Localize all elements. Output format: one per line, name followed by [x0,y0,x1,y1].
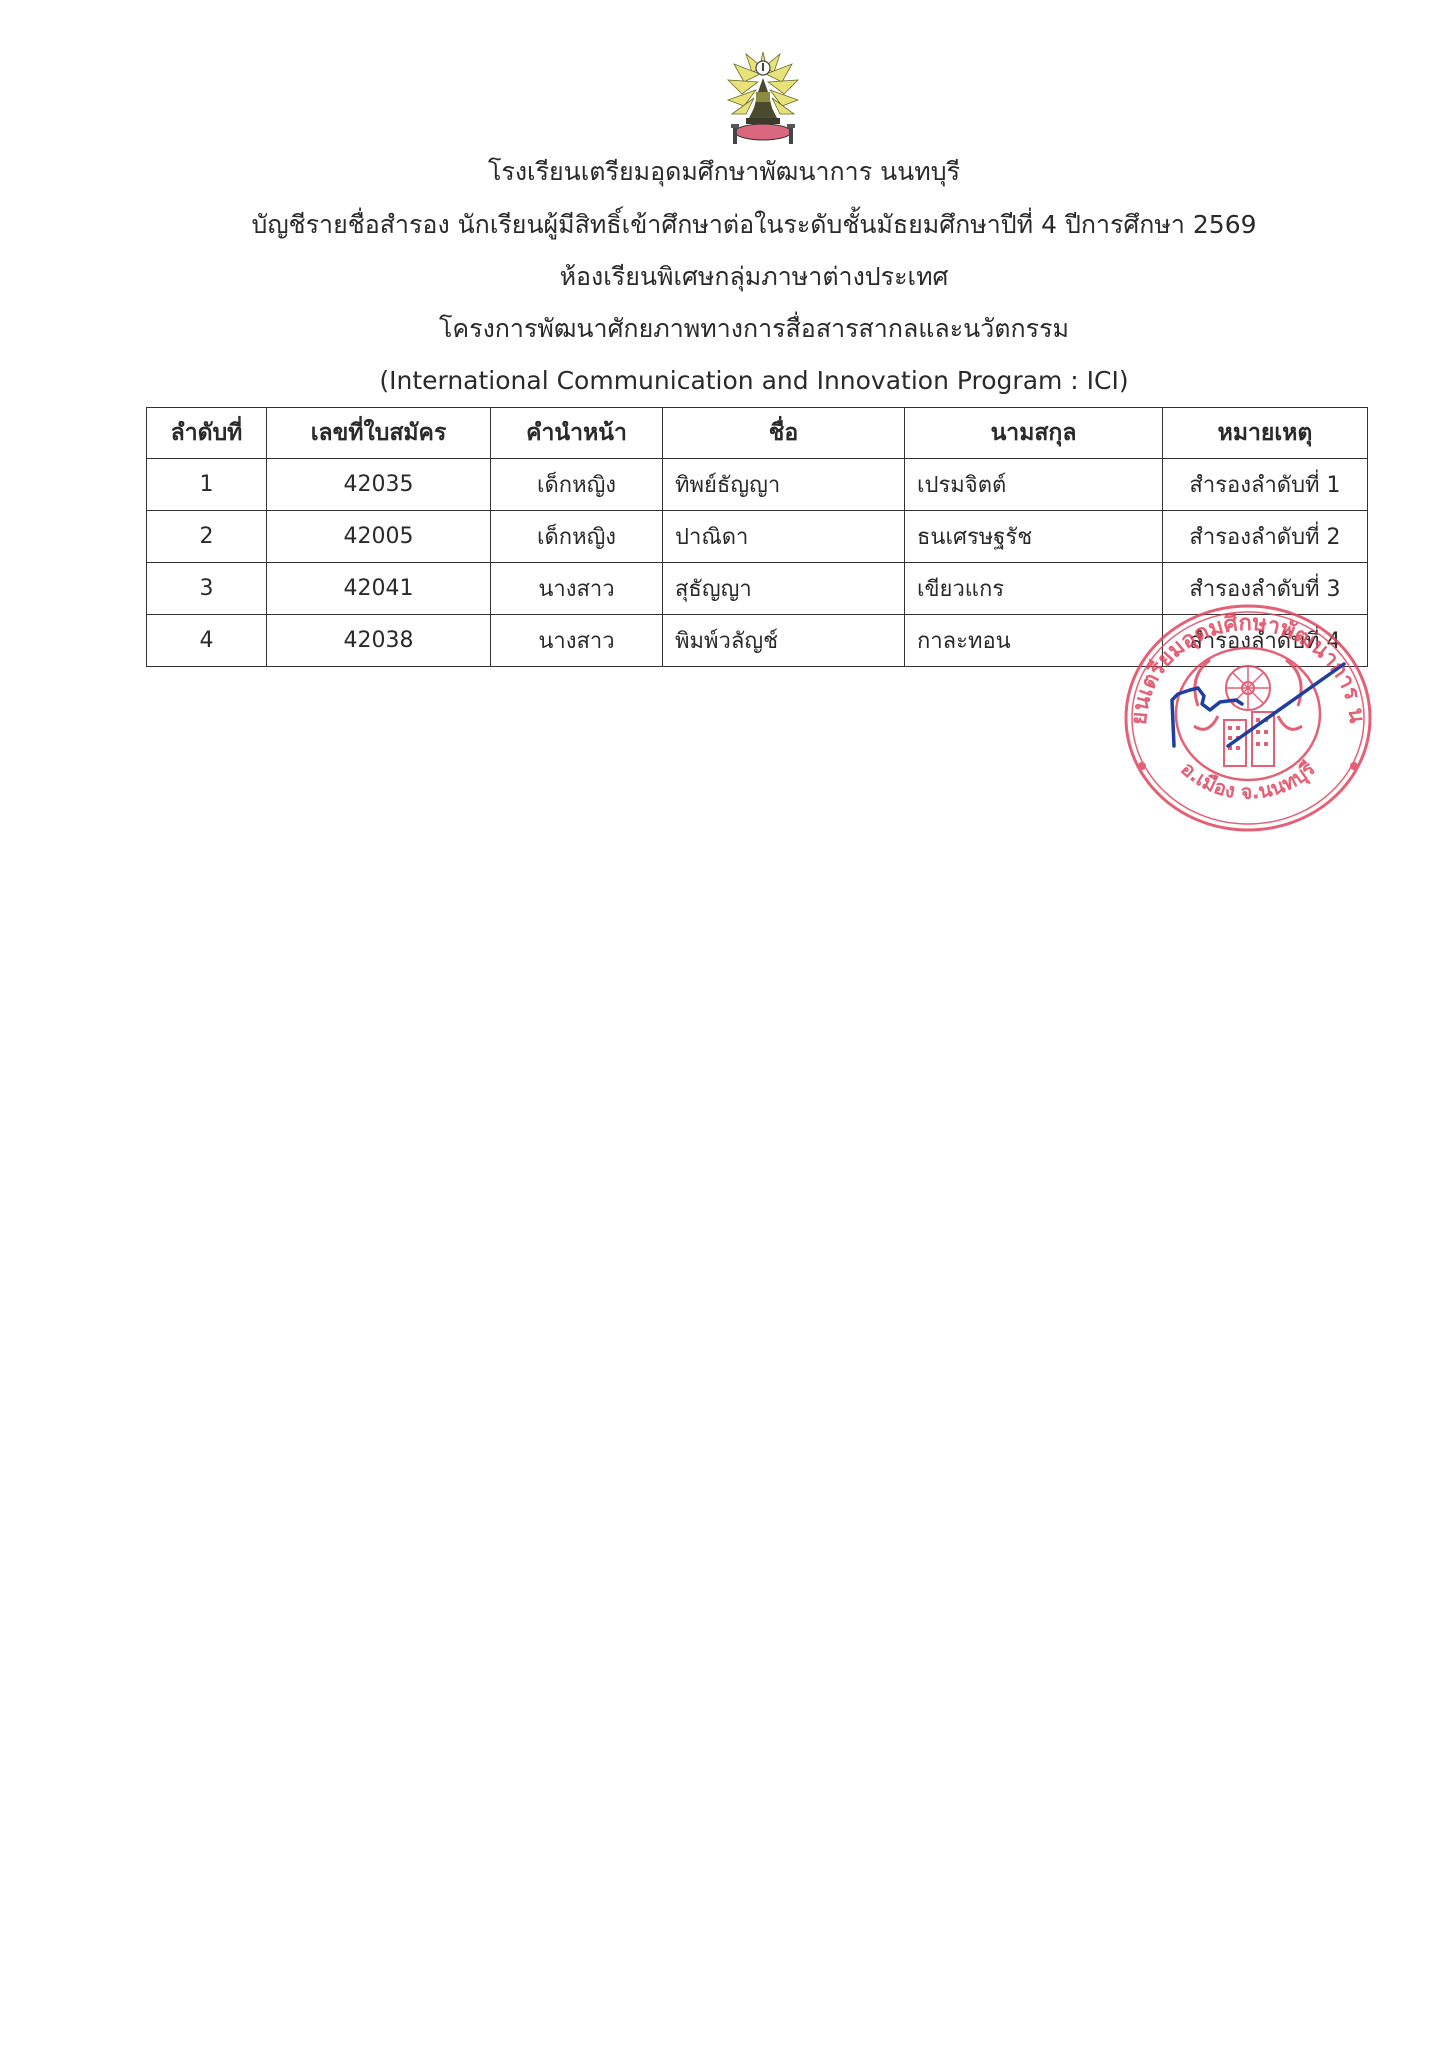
stamp-bottom-text: อ.เมือง จ.นนทบุรี [1176,756,1320,804]
column-header-remark: หมายเหตุ [1163,408,1368,459]
cell-last-name: เขียวแกร [905,563,1163,615]
cell-prefix: นางสาว [491,615,663,667]
cell-application-no: 42041 [267,563,491,615]
program-title-english: (International Communication and Innovat… [30,364,1448,398]
cell-order: 1 [147,459,267,511]
cell-order: 3 [147,563,267,615]
list-title: บัญชีรายชื่อสำรอง นักเรียนผู้มีสิทธิ์เข้… [30,208,1448,242]
cell-first-name: สุธัญญา [663,563,905,615]
cell-application-no: 42005 [267,511,491,563]
column-header-first-name: ชื่อ [663,408,905,459]
cell-last-name: ธนเศรษฐรัช [905,511,1163,563]
school-emblem-icon [722,48,804,148]
signature [1172,664,1344,746]
cell-first-name: พิมพ์วลัญช์ [663,615,905,667]
table-row: 3 42041 นางสาว สุธัญญา เขียวแกร สำรองลำด… [147,563,1368,615]
cell-first-name: ทิพย์ธัญญา [663,459,905,511]
cell-remark: สำรองลำดับที่ 1 [1163,459,1368,511]
cell-order: 4 [147,615,267,667]
reserve-list-table: ลำดับที่ เลขที่ใบสมัคร คำนำหน้า ชื่อ นาม… [146,407,1368,667]
column-header-order: ลำดับที่ [147,408,267,459]
table-header-row: ลำดับที่ เลขที่ใบสมัคร คำนำหน้า ชื่อ นาม… [147,408,1368,459]
cell-remark: สำรองลำดับที่ 2 [1163,511,1368,563]
program-title-thai: โครงการพัฒนาศักยภาพทางการสื่อสารสากลและน… [30,312,1448,346]
cell-prefix: เด็กหญิง [491,459,663,511]
cell-prefix: เด็กหญิง [491,511,663,563]
classroom-title: ห้องเรียนพิเศษกลุ่มภาษาต่างประเทศ [30,260,1448,294]
svg-text:อ.เมือง จ.นนทบุรี: อ.เมือง จ.นนทบุรี [1176,756,1320,804]
table-row: 1 42035 เด็กหญิง ทิพย์ธัญญา เปรมจิตต์ สำ… [147,459,1368,511]
cell-first-name: ปาณิดา [663,511,905,563]
column-header-last-name: นามสกุล [905,408,1163,459]
column-header-application-no: เลขที่ใบสมัคร [267,408,491,459]
cell-application-no: 42035 [267,459,491,511]
column-header-prefix: คำนำหน้า [491,408,663,459]
cell-remark: สำรองลำดับที่ 3 [1163,563,1368,615]
table-row: 4 42038 นางสาว พิมพ์วลัญช์ กาละทอน สำรอง… [147,615,1368,667]
cell-remark: สำรองลำดับที่ 4 [1163,615,1368,667]
school-name: โรงเรียนเตรียมอุดมศึกษาพัฒนาการ นนทบุรี [0,155,1448,189]
document-page: โรงเรียนเตรียมอุดมศึกษาพัฒนาการ นนทบุรี … [0,0,1448,2048]
cell-prefix: นางสาว [491,563,663,615]
cell-last-name: กาละทอน [905,615,1163,667]
cell-last-name: เปรมจิตต์ [905,459,1163,511]
cell-application-no: 42038 [267,615,491,667]
cell-order: 2 [147,511,267,563]
table-row: 2 42005 เด็กหญิง ปาณิดา ธนเศรษฐรัช สำรอง… [147,511,1368,563]
